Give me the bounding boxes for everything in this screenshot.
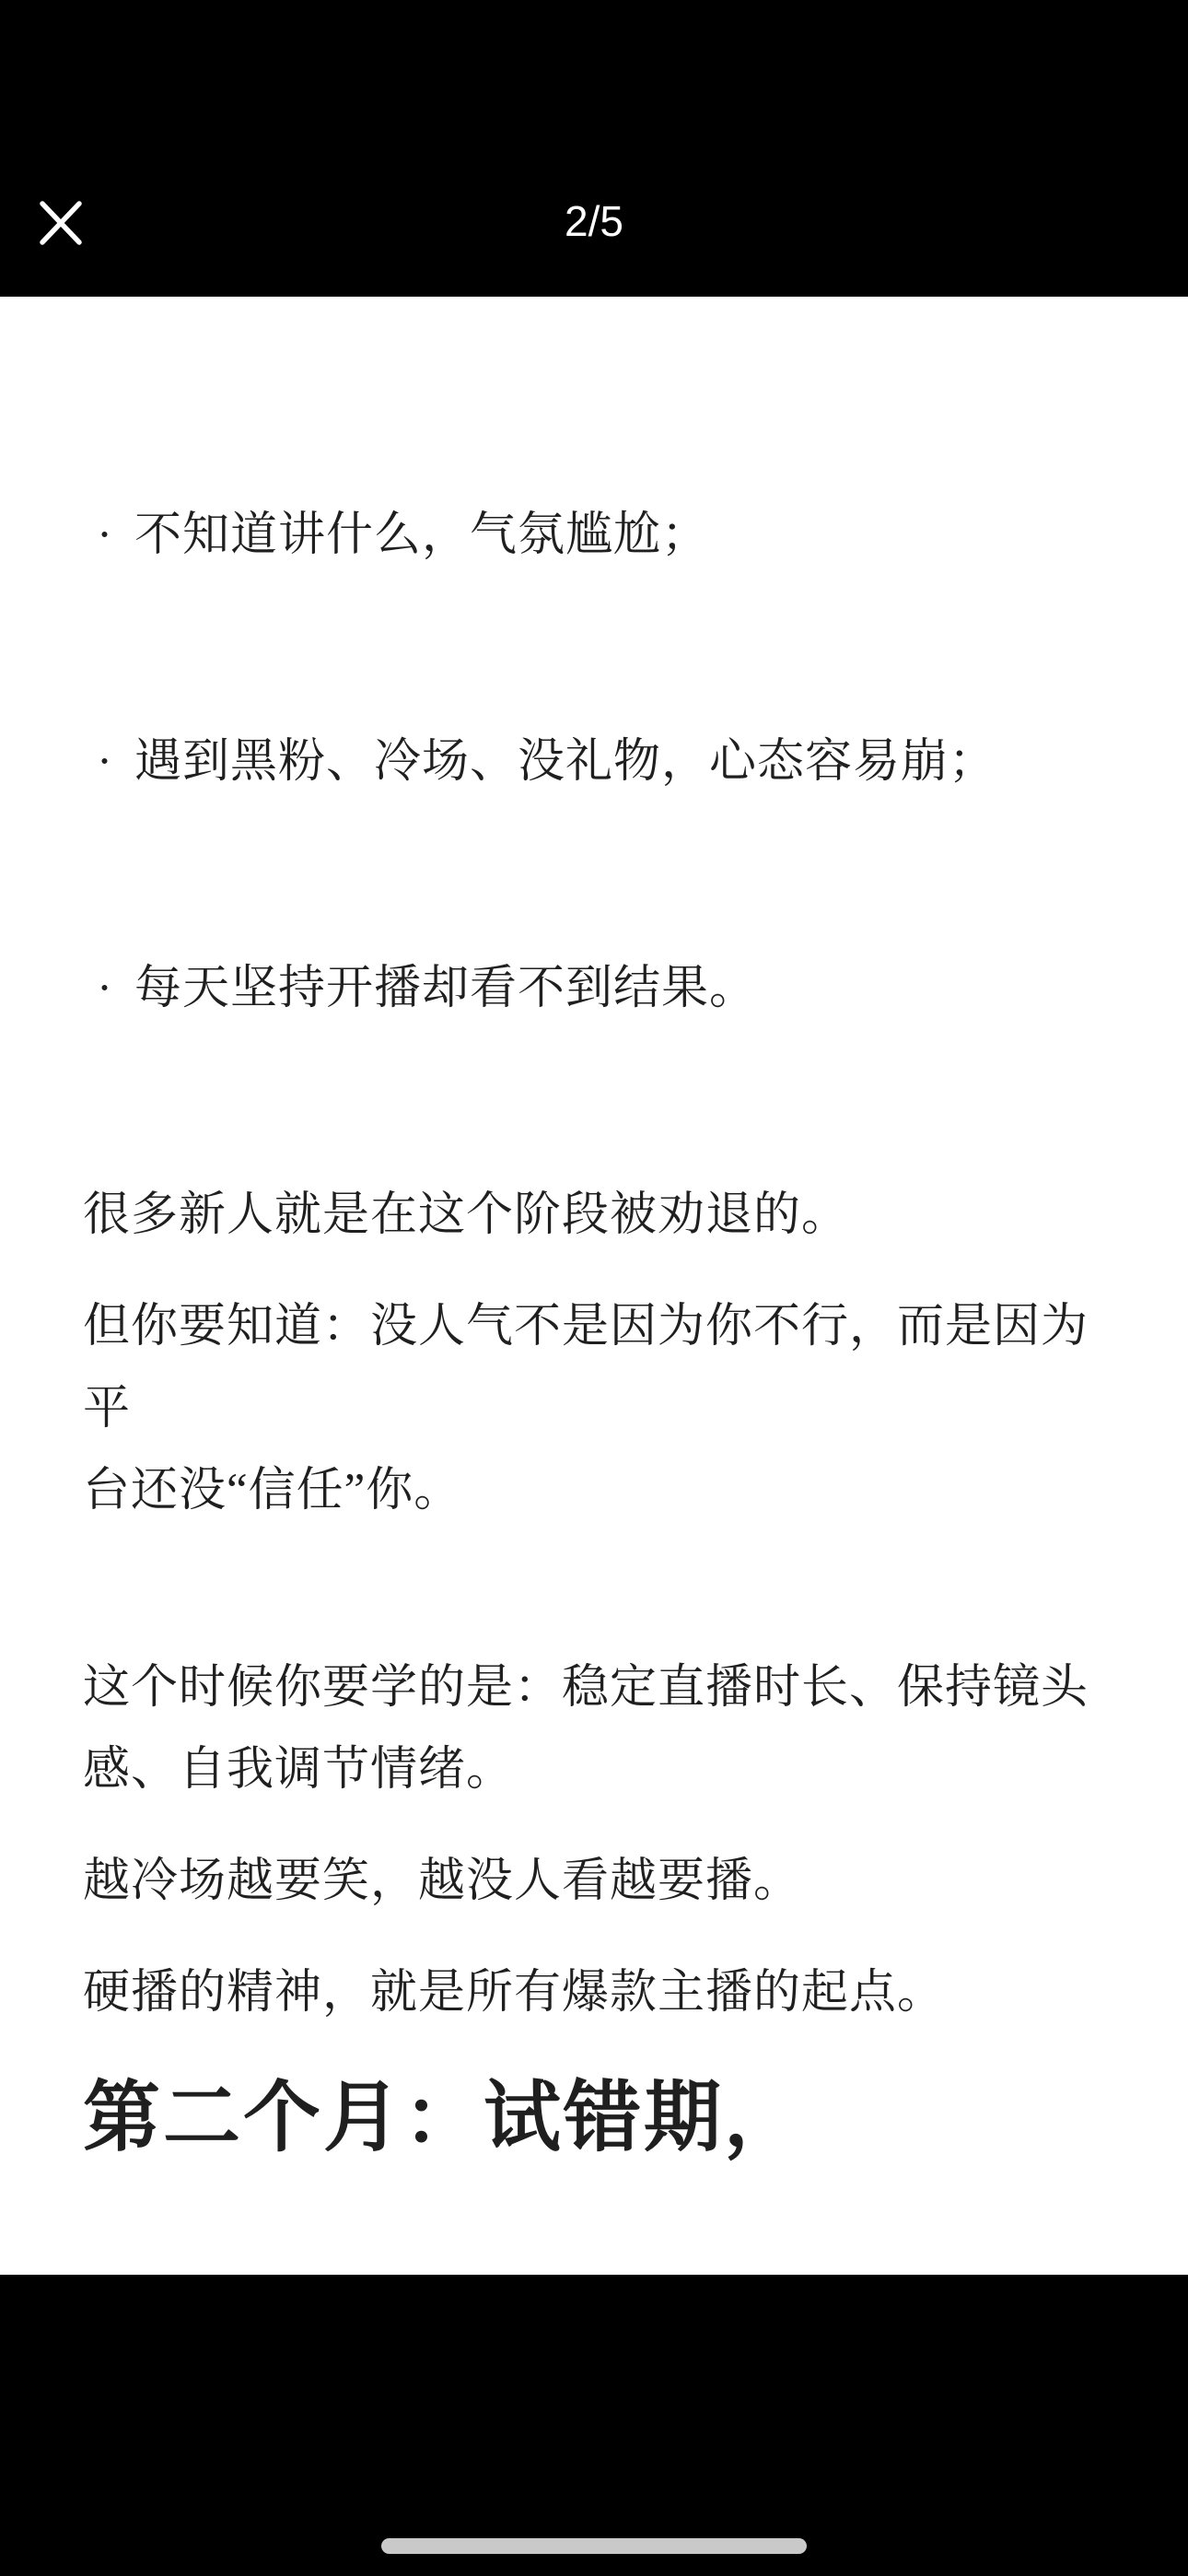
paragraph: 很多新人就是在这个阶段被劝退的。: [83, 1175, 1124, 1257]
bullet-marker: ·: [97, 495, 134, 577]
document-image[interactable]: · 不知道讲什么，气氛尴尬； · 遇到黑粉、冷场、没礼物，心态容易崩； · 每天…: [0, 297, 1188, 2275]
paragraph: 这个时候你要学的是：稳定直播时长、保持镜头 感、自我调节情绪。: [83, 1647, 1124, 1811]
paragraph: 但你要知道：没人气不是因为你不行，而是因为平 台还没“信任”你。: [83, 1286, 1124, 1532]
paragraph: 硬播的精神，就是所有爆款主播的起点。: [83, 1952, 1124, 2034]
section-heading: 第二个月：试错期，: [83, 2064, 1124, 2174]
bullet-text: 不知道讲什么，气氛尴尬；: [134, 495, 709, 577]
bullet-text: 每天坚持开播却看不到结果。: [134, 948, 757, 1030]
page-indicator: 2/5: [0, 197, 1188, 245]
list-item: · 不知道讲什么，气氛尴尬；: [83, 495, 1124, 577]
paragraph: 越冷场越要笑，越没人看越要播。: [83, 1841, 1124, 1923]
viewer-top-bar: 2/5: [0, 0, 1188, 297]
bullet-marker: ·: [97, 721, 134, 803]
viewer-bottom-bar: [0, 2275, 1188, 2576]
image-viewer-screen: 2/5 · 不知道讲什么，气氛尴尬； · 遇到黑粉、冷场、没礼物，心态容易崩； …: [0, 0, 1188, 2576]
list-item: · 遇到黑粉、冷场、没礼物，心态容易崩；: [83, 721, 1124, 803]
bullet-marker: ·: [97, 948, 134, 1030]
list-item: · 每天坚持开播却看不到结果。: [83, 948, 1124, 1030]
bullet-text: 遇到黑粉、冷场、没礼物，心态容易崩；: [134, 721, 996, 803]
home-indicator[interactable]: [381, 2538, 807, 2554]
